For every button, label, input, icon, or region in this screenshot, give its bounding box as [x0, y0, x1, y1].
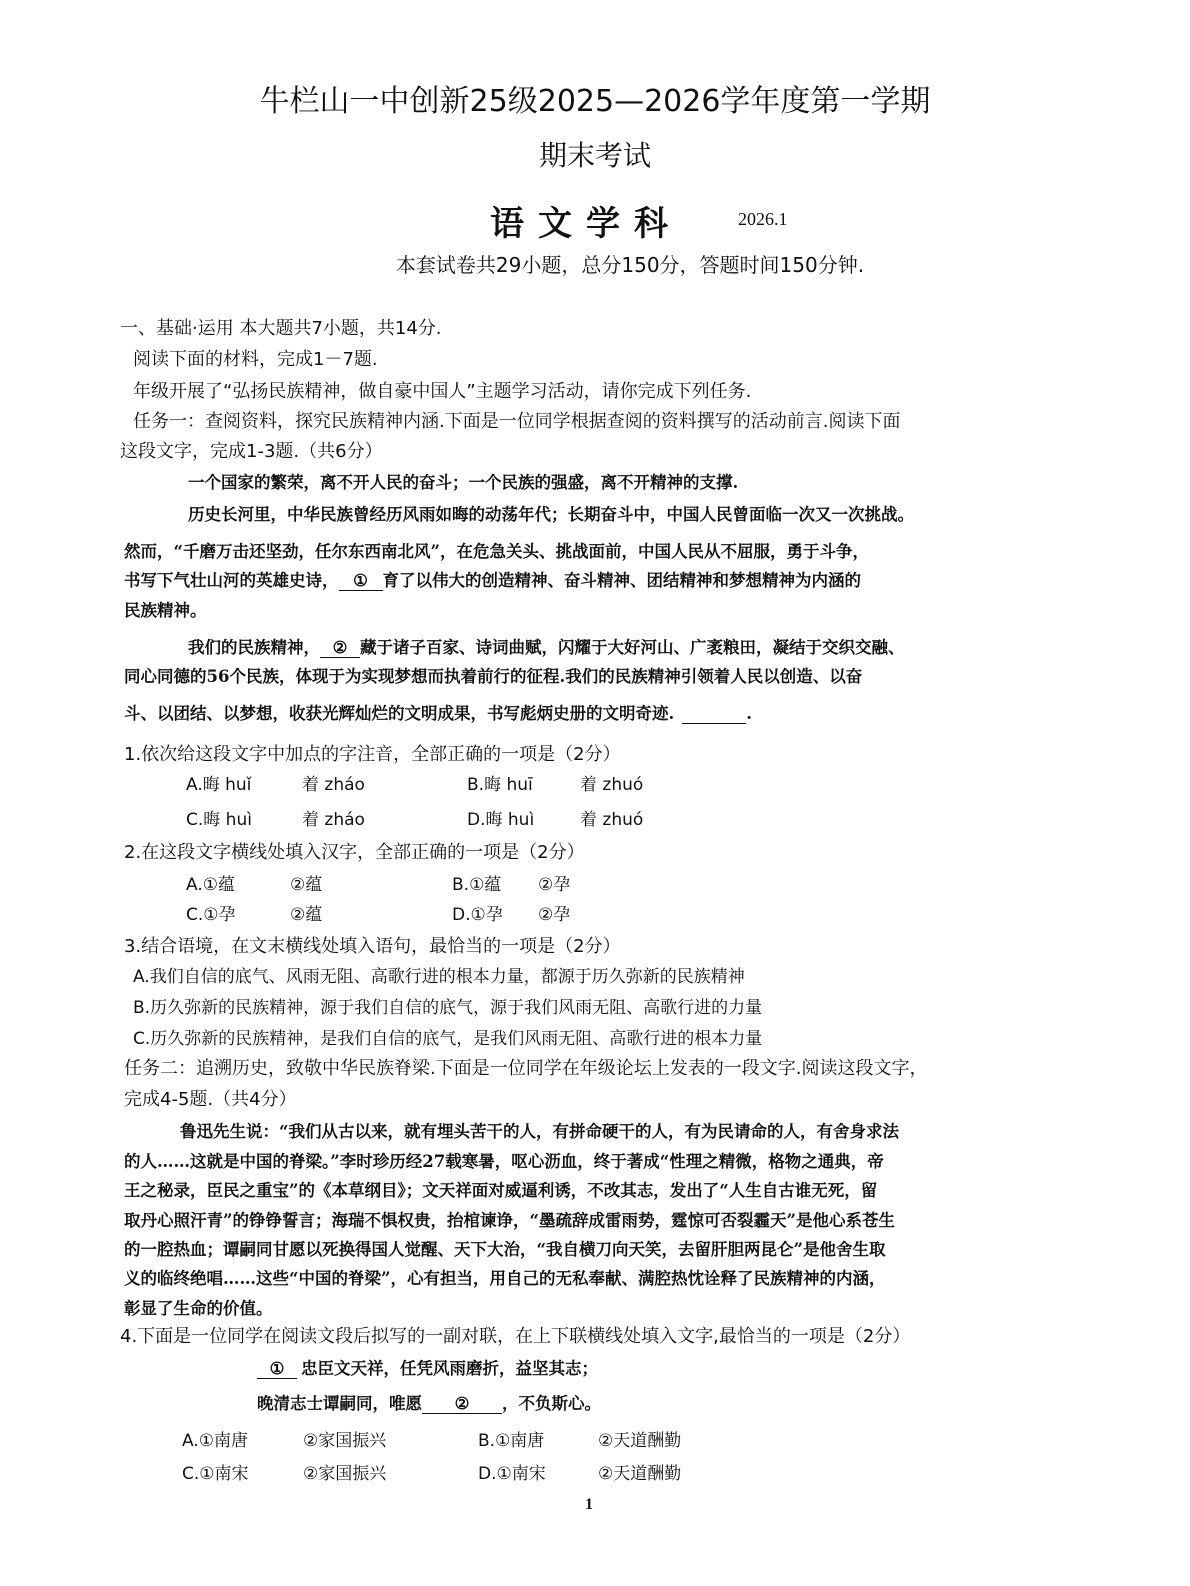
q4-option-c: C.①南宋: [182, 1459, 249, 1484]
passage1-text: 藏于诸子百家、诗词曲赋，闪耀于大好河山、广袤粮田，凝结于交织交融、: [360, 638, 905, 657]
passage1-text: 育了以伟大的创造精神、奋斗精神、团结精神和梦想精神为内涵的: [383, 571, 862, 590]
passage1-para1: 一个国家的繁荣，离不开人民的奋斗；一个民族的强盛，离不开精神的支撑.: [188, 469, 738, 493]
couplet-lower-text: 晚清志士谭嗣同，唯愿: [257, 1394, 422, 1413]
passage1-para3-line1: 我们的民族精神，②藏于诸子百家、诗词曲赋，闪耀于大好河山、广袤粮田，凝结于交织交…: [188, 634, 905, 658]
task2-intro-line1: 任务二：追溯历史，致敬中华民族脊梁.下面是一位同学在年级论坛上发表的一段文字.阅…: [124, 1054, 927, 1080]
blank-2: ②: [320, 638, 360, 658]
q2-option-d-2: ②孕: [538, 900, 570, 925]
q2-option-c-2: ②蕴: [290, 900, 322, 925]
passage1-text: 我们的民族精神，: [188, 638, 320, 657]
question-2-stem: 2.在这段文字横线处填入汉字，全部正确的一项是（2分）: [124, 838, 585, 864]
passage2-line: 的人……这就是中国的脊梁。”李时珍历经27载寒暑，呕心沥血，终于著成“性理之精微…: [124, 1148, 884, 1172]
passage1-para2-line3: 书写下气壮山河的英雄史诗，①育了以伟大的创造精神、奋斗精神、团结精神和梦想精神为…: [124, 567, 861, 591]
q1-option-c: C.晦 huì: [186, 805, 252, 830]
couplet-lower: 晚清志士谭嗣同，唯愿②，不负斯心。: [257, 1390, 601, 1414]
exam-date: 2026.1: [738, 209, 788, 230]
passage2-line: 取丹心照汗青”的铮铮誓言；海瑞不惧权贵，抬棺谏诤，“墨疏辞成雷雨势，霆惊可否裂霾…: [124, 1207, 895, 1231]
q4-option-a-2: ②家国振兴: [303, 1426, 386, 1451]
passage2-line: 彰显了生命的价值。: [124, 1295, 273, 1319]
couplet-upper-text: 忠臣文天祥，任凭风雨磨折，益坚其志；: [301, 1359, 598, 1378]
q4-option-c-2: ②家国振兴: [303, 1459, 386, 1484]
task1-intro-line1: 任务一：查阅资料，探究民族精神内涵.下面是一位同学根据查阅的资料撰写的活动前言.…: [133, 407, 900, 433]
q2-option-b: B.①蕴: [452, 870, 501, 895]
q3-option-b: B.历久弥新的民族精神，源于我们自信的底气，源于我们风雨无阻、高歌行进的力量: [133, 993, 762, 1018]
q4-option-b-2: ②天道酬勤: [598, 1426, 681, 1451]
q2-option-b-2: ②孕: [538, 870, 570, 895]
q1-option-b-2: 着 zhuó: [580, 770, 643, 795]
passage1-para3-line2: 同心同德的56个民族，体现于为实现梦想而执着前行的征程.我们的民族精神引领着人民…: [124, 663, 862, 687]
passage2-line: 的一腔热血；谭嗣同甘愿以死换得国人觉醒、天下大治，“我自横刀向天笑，去留肝胆两昆…: [124, 1236, 885, 1260]
couplet-lower-text: ，不负斯心。: [502, 1394, 601, 1413]
school-exam-title: 牛栏山一中创新25级2025—2026学年度第一学期: [0, 76, 1190, 120]
blank-3: [682, 704, 746, 724]
passage2-line: 王之秘录，臣民之重宝”的《本草纲目》；文天祥面对威逼利诱，不改其志，发出了“人生…: [124, 1177, 877, 1201]
q2-option-a-2: ②蕴: [290, 870, 322, 895]
section-instruction: 阅读下面的材料，完成1－7题.: [133, 345, 378, 371]
couplet-blank-1: ①: [257, 1359, 297, 1379]
task1-intro-line2: 这段文字，完成1-3题.（共6分）: [120, 437, 383, 463]
activity-intro: 年级开展了“弘扬民族精神，做自豪中国人”主题学习活动，请你完成下列任务.: [133, 377, 751, 403]
q4-option-d: D.①南宋: [478, 1459, 546, 1484]
q1-option-a: A.晦 huǐ: [186, 770, 251, 795]
q2-option-a: A.①蕴: [186, 870, 235, 895]
q2-option-c: C.①孕: [186, 900, 236, 925]
passage1-end: .: [746, 704, 752, 723]
q2-option-d: D.①孕: [452, 900, 503, 925]
q4-option-b: B.①南唐: [478, 1426, 544, 1451]
q1-option-a-2: 着 zháo: [302, 770, 365, 795]
passage1-text: 书写下气壮山河的英雄史诗，: [124, 571, 339, 590]
passage1-para2-line4: 民族精神。: [124, 597, 207, 621]
passage1-text: 斗、以团结、以梦想，收获光辉灿烂的文明成果，书写彪炳史册的文明奇迹.: [124, 704, 674, 723]
q1-option-d-2: 着 zhuó: [580, 805, 643, 830]
task2-intro-line2: 完成4-5题.（共4分）: [124, 1085, 297, 1111]
passage2-line: 鲁迅先生说：“我们从古以来，就有埋头苦干的人，有拼命硬干的人，有为民请命的人，有…: [180, 1118, 899, 1142]
passage1-para2-line2: 然而，“千磨万击还坚劲，任尔东西南北风”，在危急关头、挑战面前，中国人民从不屈服…: [124, 538, 869, 562]
question-4-stem: 4.下面是一位同学在阅读文段后拟写的一副对联，在上下联横线处填入文字,最恰当的一…: [120, 1322, 910, 1348]
passage1-para3-line3: 斗、以团结、以梦想，收获光辉灿烂的文明成果，书写彪炳史册的文明奇迹. .: [124, 700, 752, 724]
exam-info: 本套试卷共29小题，总分150分，答题时间150分钟.: [0, 249, 1190, 278]
q1-option-b: B.晦 huī: [467, 770, 533, 795]
subject-title: 语文学科: [490, 196, 682, 245]
page-number: 1: [585, 1496, 593, 1514]
passage1-para2-line1: 历史长河里，中华民族曾经历风雨如晦的动荡年代；长期奋斗中，中国人民曾面临一次又一…: [188, 501, 914, 525]
q1-option-c-2: 着 zháo: [302, 805, 365, 830]
q3-option-c: C.历久弥新的民族精神，是我们自信的底气，是我们风雨无阻、高歌行进的根本力量: [133, 1024, 762, 1049]
couplet-upper: ①忠臣文天祥，任凭风雨磨折，益坚其志；: [257, 1355, 598, 1379]
q3-option-a: A.我们自信的底气、风雨无阻、高歌行进的根本力量，都源于历久弥新的民族精神: [133, 962, 745, 987]
exam-name: 期末考试: [0, 134, 1190, 174]
q4-option-a: A.①南唐: [182, 1426, 248, 1451]
couplet-blank-2: ②: [422, 1394, 502, 1414]
q4-option-d-2: ②天道酬勤: [598, 1459, 681, 1484]
q1-option-d: D.晦 huì: [467, 805, 534, 830]
question-1-stem: 1.依次给这段文字中加点的字注音，全部正确的一项是（2分）: [124, 740, 621, 766]
blank-1: ①: [339, 571, 383, 591]
section-heading: 一、基础·运用 本大题共7小题，共14分.: [120, 314, 442, 340]
question-3-stem: 3.结合语境，在文末横线处填入语句，最恰当的一项是（2分）: [124, 932, 621, 958]
passage2-line: 义的临终绝唱……这些“中国的脊梁”，心有担当，用自己的无私奉献、满腔热忱诠释了民…: [124, 1265, 885, 1289]
